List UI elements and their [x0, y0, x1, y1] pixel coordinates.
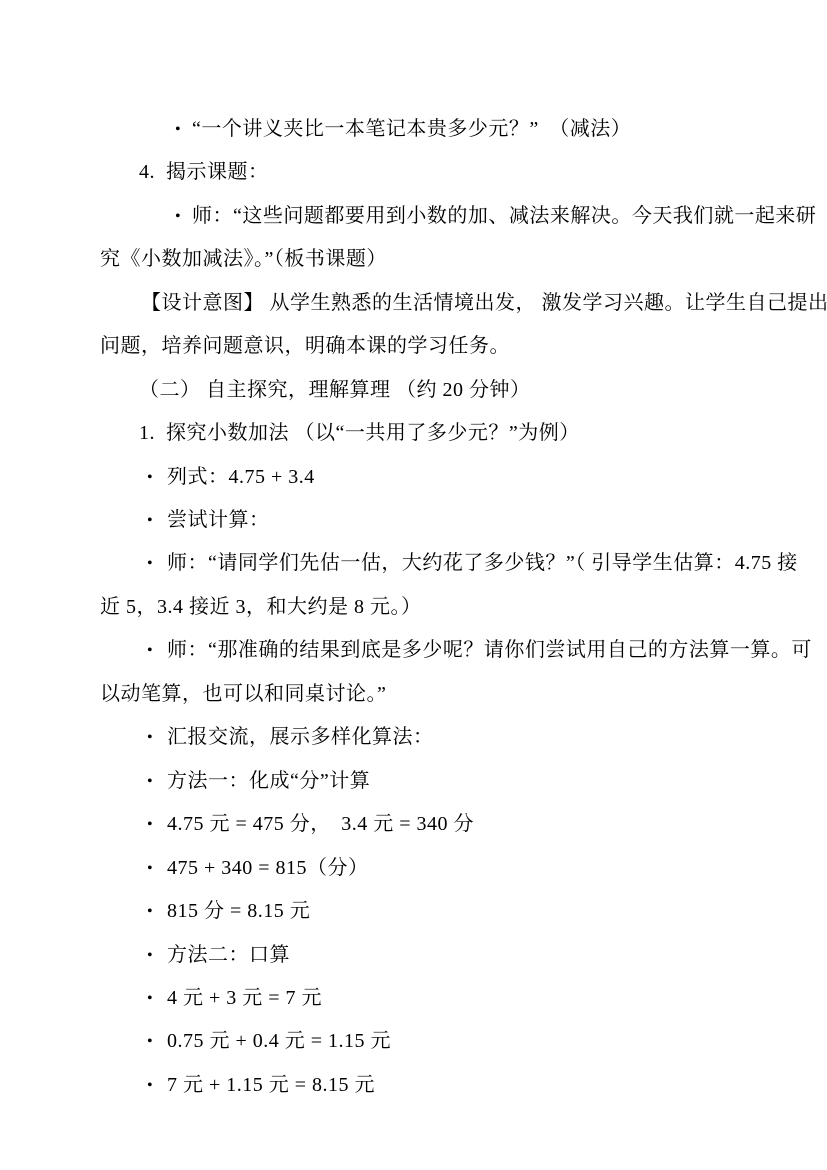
- text-line: 【设计意图】 从学生熟悉的生活情境出发， 激发学习兴趣。让学生自己提出: [119, 257, 827, 288]
- text-line: •方法二：口算: [125, 909, 290, 940]
- text-line: •方法一：化成“分”计算: [125, 735, 370, 766]
- text-line: •815 分 = 8.15 元: [125, 865, 310, 896]
- text-line: •师：“请同学们先估一估，大约花了多少钱？”（ 引导学生估算：4.75 接: [125, 517, 798, 548]
- text-line: 4. 揭示课题：: [117, 126, 269, 157]
- text-line: 1. 探究小数加法 （以“一共用了多少元？”为例）: [117, 387, 580, 418]
- bullet-marker: •: [147, 1070, 167, 1101]
- text-line: 以动笔算，也可以和同桌讨论。”: [78, 648, 386, 679]
- text-line: •师：“那准确的结果到底是多少呢？请你们尝试用自己的方法算一算。可: [125, 604, 812, 635]
- text-line: 问题，培养问题意识，明确本课的学习任务。: [78, 300, 510, 331]
- text-line: •尝试计算：: [125, 474, 270, 505]
- text-line: •7 元 + 1.15 元 = 8.15 元: [125, 1039, 375, 1070]
- text-line: 究《小数加减法》。”（板书课题）: [78, 213, 387, 244]
- text-line: •4.75 元 = 475 分， 3.4 元 = 340 分: [125, 778, 474, 809]
- document-page: •“一个讲义夹比一本笔记本贵多少元？” （减法） 4. 揭示课题： •师：“这些…: [0, 0, 827, 1170]
- text-line: 近 5，3.4 接近 3，和大约是 8 元。）: [78, 561, 422, 592]
- text-line: •师：“这些问题都要用到小数的加、减法来解决。今天我们就一起来研: [153, 170, 816, 201]
- text-line: （二） 自主探究，理解算理 （约 20 分钟）: [117, 344, 531, 375]
- text-line: •0.75 元 + 0.4 元 = 1.15 元: [125, 995, 391, 1026]
- text-line: •“一个讲义夹比一本笔记本贵多少元？” （减法）: [153, 83, 631, 114]
- text-line: •列式：4.75 + 3.4: [125, 431, 315, 462]
- text-line: •4 元 + 3 元 = 7 元: [125, 952, 322, 983]
- line-text: 7 元 + 1.15 元 = 8.15 元: [167, 1074, 375, 1096]
- text-line: •475 + 340 = 815（分）: [125, 822, 369, 853]
- text-line: •汇报交流，展示多样化算法：: [125, 691, 434, 722]
